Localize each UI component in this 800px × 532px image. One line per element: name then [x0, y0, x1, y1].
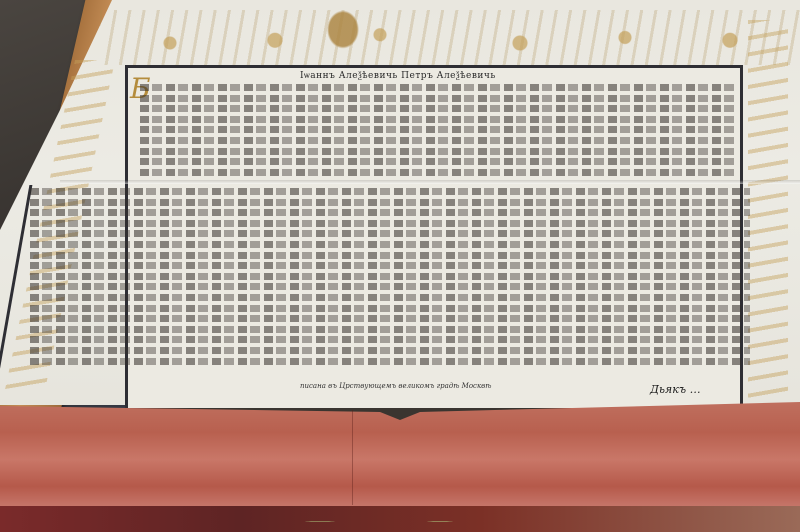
clerk-signature: Дьякъ …: [650, 383, 701, 396]
text-line: [30, 326, 750, 333]
text-line: [140, 84, 735, 91]
fold-crease: [60, 180, 800, 184]
body-text-lower: [30, 188, 750, 368]
text-line: [30, 188, 750, 195]
silk-ribbon: [0, 400, 800, 508]
text-line: [30, 283, 750, 290]
text-line: [140, 158, 735, 165]
text-line: [140, 169, 735, 176]
text-line: [30, 294, 750, 301]
text-line: [140, 105, 735, 112]
closing-line: писана въ Црствующемъ великомъ градѣ Мос…: [300, 382, 491, 390]
text-line: [30, 209, 750, 216]
top-floral-border: [100, 10, 800, 65]
silk-seam: [352, 410, 353, 505]
text-line: [30, 230, 750, 237]
text-line: [30, 273, 750, 280]
document-photo: Б Іѡаннъ Алеѯѣевичь Петръ Алеѯѣевичь пис…: [0, 0, 800, 532]
double-headed-eagle-emblem: [320, 2, 366, 52]
text-line: [30, 220, 750, 227]
text-line: [140, 137, 735, 144]
text-line: [30, 336, 750, 343]
text-line: [30, 262, 750, 269]
text-line: [140, 126, 735, 133]
text-line: [30, 241, 750, 248]
body-text-upper: [140, 84, 735, 179]
text-line: [30, 199, 750, 206]
text-line: [30, 347, 750, 354]
text-line: [140, 116, 735, 123]
text-line: [30, 358, 750, 365]
brocade-fabric: [0, 506, 800, 532]
text-line: [30, 252, 750, 259]
text-line: [140, 148, 735, 155]
text-line: [30, 315, 750, 322]
text-line: [30, 305, 750, 312]
text-line: [140, 95, 735, 102]
tsars-names-heading: Іѡаннъ Алеѯѣевичь Петръ Алеѯѣевичь: [300, 70, 496, 81]
